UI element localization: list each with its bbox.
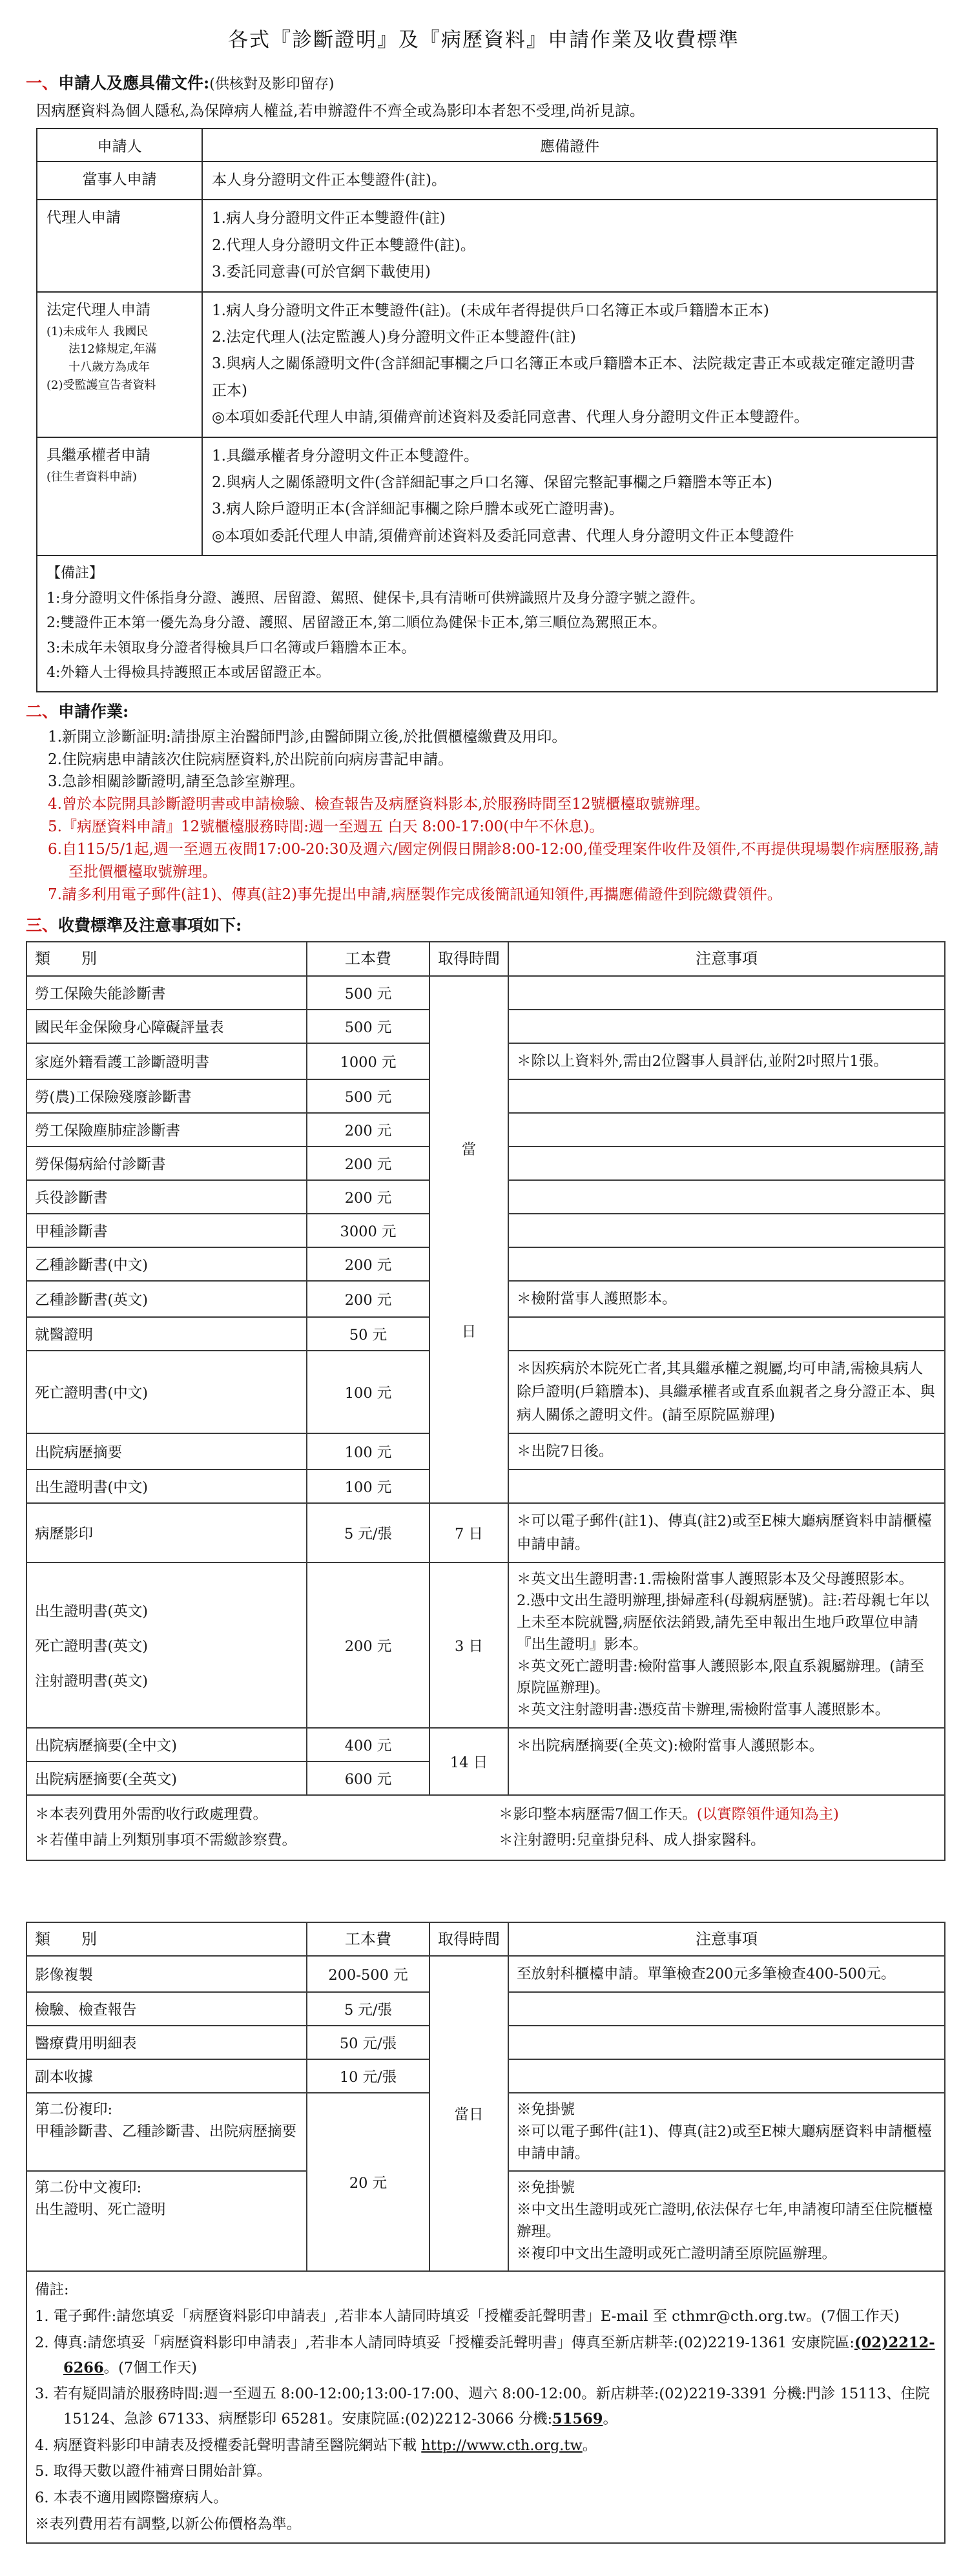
footnote-line: ＊注射證明:兒童掛兒科、成人掛家醫科。 [499,1827,936,1854]
fee-note [508,1214,945,1247]
fee-note-group: ※免掛號 ※中文出生證明或死亡證明,依法保存七年,申請複印請至住院櫃檯辦理。 ※… [508,2171,945,2271]
section2-number: 二、 [26,702,58,721]
procedure-item-red: 5.『病歷資料申請』12號櫃檯服務時間:週一至週五 白天 8:00-17:00(… [48,816,942,838]
fee-note-line: ＊英文注射證明書:憑疫苗卡辦理,需檢附當事人護照影本。 [517,1699,936,1721]
endnote-item: 1. 電子郵件:請您填妥「病歷資料影印申請表」,若非本人請同時填妥「授權委託聲明… [35,2304,936,2329]
footnote-line: ＊若僅申請上列類別事項不需繳診察費。 [35,1827,473,1854]
fee-table-1: 類 別 工本費 取得時間 注意事項 勞工保險失能診斷書 500 元 當 日 國民… [26,941,945,1861]
table-row: 代理人申請 1.病人身分證明文件正本雙證件(註) 2.代理人身分證明文件正本雙證… [37,200,937,291]
fee-header: 工本費 [307,942,429,975]
fee-category-line: 第二份中文複印: [35,2177,298,2199]
fee-table-footnote-row: ＊本表列費用外需酌收行政處理費。 ＊若僅申請上列類別事項不需繳診察費。 ＊影印整… [26,1795,945,1860]
note-line: 1:身分證明文件係指身分證、護照、居留證、駕照、健保卡,具有清晰可供辨識照片及身… [46,587,927,612]
fee-note: ＊檢附當事人護照影本。 [508,1281,945,1317]
category-header: 類 別 [26,942,307,975]
fee-category: 甲種診斷書 [26,1214,307,1247]
table-note-row: 【備註】 1:身分證明文件係指身分證、護照、居留證、駕照、健保卡,具有清晰可供辨… [37,556,937,692]
fee-note [508,1180,945,1214]
fee-amount: 10 元/張 [307,2059,429,2093]
fee-category: 注射證明書(英文) [35,1670,298,1690]
footnotes-right: ＊影印整本病歷需7個工作天。(以實際領件通知為主) ＊注射證明:兒童掛兒科、成人… [499,1802,936,1854]
fee-category: 病歷影印 [26,1503,307,1563]
fee-category: 兵役診斷書 [26,1180,307,1214]
fee-note [508,1010,945,1043]
subnote-line: (2)受監護宣告者資料 [46,377,192,395]
doc-line: 本人身分證明文件正本雙證件(註)。 [212,167,927,194]
fee-category: 醫療費用明細表 [26,2026,307,2059]
fee-row: 出院病歷摘要(全中文) 400 元 14 日 ＊出院病歷摘要(全英文):檢附當事… [26,1728,945,1761]
doc-line: 2.法定代理人(法定監護人)身分證明文件正本雙證件(註) [212,324,927,351]
fee-table-footnotes: ＊本表列費用外需酌收行政處理費。 ＊若僅申請上列類別事項不需繳診察費。 ＊影印整… [26,1795,945,1860]
section2-list: 1.新開立診斷証明:請掛原主治醫師門診,由醫師開立後,於批價櫃檯繳費及用印。 2… [48,726,942,907]
fee-note [508,1247,945,1281]
fee-note [508,1147,945,1180]
doc-line: ◎本項如委託代理人申請,須備齊前述資料及委託同意書、代理人身分證明文件正本雙證件 [212,523,927,550]
fee-category-group: 第二份複印: 甲種診斷書、乙種診斷書、出院病歷摘要 [26,2093,307,2171]
fee-note-line: 2.憑中文出生證明辦理,掛婦產科(母親病歷號)。註:若母親七年以上未至本院就醫,… [517,1590,936,1656]
fee-note [508,1079,945,1113]
doc-line: 3.與病人之關係證明文件(含詳細記事欄之戶口名簿正本或戶籍謄本正本、法院裁定書正… [212,351,927,404]
fee-amount: 200 元 [307,1147,429,1180]
fee-note [508,2059,945,2093]
fee-amount: 600 元 [307,1761,429,1795]
fee-category-group: 出生證明書(英文) 死亡證明書(英文) 注射證明書(英文) [26,1563,307,1728]
docs-col-header: 應備證件 [202,129,937,161]
fee-note [508,976,945,1010]
doc-line: 3.委託同意書(可於官網下載使用) [212,259,927,286]
endnote-text: 。(7個工作天) [104,2360,197,2376]
section3-number: 三、 [26,916,58,935]
applicant-name: 具繼承權者申請 (往生者資料申請) [37,437,202,556]
fee-amount: 200-500 元 [307,1956,429,1992]
fee-amount: 100 元 [307,1351,429,1433]
fee-amount: 200 元 [307,1563,429,1728]
fee-category: 副本收據 [26,2059,307,2093]
fee-header: 工本費 [307,1922,429,1956]
fee-category-group: 第二份中文複印: 出生證明、死亡證明 [26,2171,307,2271]
fee-amount: 5 元/張 [307,1992,429,2026]
footnote-text: ＊影印整本病歷需7個工作天。 [499,1806,697,1823]
applicant-subnote: (往生者資料申請) [46,468,192,486]
acquire-time: 7 日 [429,1503,508,1563]
time-char: 日 [462,1320,477,1341]
fee-category: 出生證明書(中文) [26,1470,307,1503]
fee-note-line: ※免掛號 [517,2099,936,2121]
fee-note-line: ※中文出生證明或死亡證明,依法保存七年,申請複印請至住院櫃檯辦理。 [517,2199,936,2243]
fee-note: ＊除以上資料外,需由2位醫事人員評估,並附2吋照片1張。 [508,1043,945,1079]
fee-table-2: 類 別 工本費 取得時間 注意事項 影像複製 200-500 元 當日 至放射科… [26,1922,945,2544]
fee-amount: 50 元 [307,1317,429,1351]
fee-category-line: 第二份複印: [35,2099,298,2121]
note-line: 3:未成年未領取身分證者得檢具戶口名簿或戶籍謄本正本。 [46,636,927,661]
applicant-table-notes: 【備註】 1:身分證明文件係指身分證、護照、居留證、駕照、健保卡,具有清晰可供辨… [37,556,937,692]
fee-category: 影像複製 [26,1956,307,1992]
acquire-time: 3 日 [429,1563,508,1728]
fee-note-line: ※可以電子郵件(註1)、傳真(註2)或至E棟大廳病歷資料申請櫃檯申請申請。 [517,2121,936,2165]
applicant-name-text: 法定代理人申請 [46,298,192,319]
subnote-line: (1)未成年人 我國民 [46,323,192,341]
fee-category: 就醫證明 [26,1317,307,1351]
fee-category-line: 出生證明、死亡證明 [35,2199,298,2221]
table-row: 法定代理人申請 (1)未成年人 我國民 法12條規定,年滿 十八歲方為成年 (2… [37,292,937,437]
doc-line: 1.病人身分證明文件正本雙證件(註) [212,205,927,232]
notes-header: 注意事項 [508,942,945,975]
fee-note-group: ＊英文出生證明書:1.需檢附當事人護照影本及父母護照影本。 2.憑中文出生證明辦… [508,1563,945,1728]
time-header: 取得時間 [429,942,508,975]
fee-note [508,1992,945,2026]
section3-title: 收費標準及注意事項如下: [58,916,242,935]
fee-category: 國民年金保險身心障礙評量表 [26,1010,307,1043]
section2-heading: 二、申請作業: [26,699,942,722]
fee-note [508,1470,945,1503]
fee-category: 勞(農)工保險殘廢診斷書 [26,1079,307,1113]
fee-note: ＊因疾病於本院死亡者,其具繼承權之親屬,均可申請,需檢具病人除戶證明(戶籍謄本)… [508,1351,945,1433]
endnote-item: 5. 取得天數以證件補齊日開始計算。 [35,2459,936,2484]
procedure-item-red: 7.請多利用電子郵件(註1)、傳真(註2)事先提出申請,病歷製作完成後簡訊通知領… [48,884,942,906]
fee-note: ＊出院病歷摘要(全英文):檢附當事人護照影本。 [508,1728,945,1795]
applicant-docs: 本人身分證明文件正本雙證件(註)。 [202,161,937,200]
fee-category: 出院病歷摘要 [26,1433,307,1470]
section-gap [26,1861,942,1916]
fee-amount: 5 元/張 [307,1503,429,1563]
fee-note-line: ＊英文出生證明書:1.需檢附當事人護照影本及父母護照影本。 [517,1569,936,1591]
section1-title: 申請人及應具備文件: [58,74,209,92]
procedure-item-red: 6.自115/5/1起,週一至週五夜間17:00-20:30及週六/國定例假日開… [48,838,942,884]
applicant-table-header-row: 申請人 應備證件 [37,129,937,161]
fee-category: 勞工保險塵肺症診斷書 [26,1113,307,1147]
category-header: 類 別 [26,1922,307,1956]
endnote-text: 2. 傳真:請您填妥「病歷資料影印申請表」,若非本人請同時填妥「授權委託聲明書」… [35,2334,854,2351]
fee-category: 出生證明書(英文) [35,1600,298,1621]
doc-line: 2.代理人身分證明文件正本雙證件(註)。 [212,233,927,259]
fee-amount: 200 元 [307,1247,429,1281]
doc-line: 1.具繼承權者身分證明文件正本雙證件。 [212,443,927,470]
fee-category: 乙種診斷書(英文) [26,1281,307,1317]
endnotes-cell: 備註: 1. 電子郵件:請您填妥「病歷資料影印申請表」,若非本人請同時填妥「授權… [26,2271,945,2543]
fee-table-header-row: 類 別 工本費 取得時間 注意事項 [26,942,945,975]
doc-line: 3.病人除戶證明正本(含詳細記事欄之除戶謄本或死亡證明書)。 [212,496,927,523]
fee-amount: 100 元 [307,1470,429,1503]
notes-title: 【備註】 [46,561,927,587]
fee-row: 出生證明書(英文) 死亡證明書(英文) 注射證明書(英文) 200 元 3 日 … [26,1563,945,1728]
doc-line: ◎本項如委託代理人申請,須備齊前述資料及委託同意書、代理人身分證明文件正本雙證件… [212,404,927,431]
fee-category: 勞保傷病給付診斷書 [26,1147,307,1180]
fee-amount: 400 元 [307,1728,429,1761]
endnote-text: 。 [603,2411,617,2427]
note-line: 2:雙證件正本第一優先為身分證、護照、居留證正本,第二順位為健保卡正本,第三順位… [46,611,927,636]
section1-intro: 因病歷資料為個人隱私,為保障病人權益,若申辦證件不齊全或為影印本者恕不受理,尚祈… [36,99,942,120]
footnote-line: ＊本表列費用外需酌收行政處理費。 [35,1802,473,1828]
vertical-time-label: 當 日 [438,1138,500,1341]
fee-amount: 20 元 [307,2093,429,2271]
applicant-subnote: (1)未成年人 我國民 法12條規定,年滿 十八歲方為成年 (2)受監護宣告者資… [46,323,192,395]
footnote-red-text: (以實際領件通知為主) [697,1806,839,1823]
hospital-website-url: http://www.cth.org.tw [421,2437,582,2454]
doc-line: 2.與病人之關係證明文件(含詳細記事之戶口名簿、保留完整記事欄之戶籍謄本等正本) [212,470,927,496]
subnote-line: 法12條規定,年滿 [46,340,192,358]
acquire-time-sameday: 當日 [429,1956,508,2271]
table-row: 當事人申請 本人身分證明文件正本雙證件(註)。 [37,161,937,200]
fee-table-header-row: 類 別 工本費 取得時間 注意事項 [26,1922,945,1956]
fee-amount: 100 元 [307,1433,429,1470]
endnote-item: 6. 本表不適用國際醫療病人。 [35,2486,936,2511]
fee-category: 死亡證明書(英文) [35,1635,298,1656]
acquire-time: 14 日 [429,1728,508,1795]
applicant-name-text: 代理人申請 [46,205,192,227]
endnote-text: 3. 若有疑問請於服務時間:週一至週五 8:00-12:00;13:00-17:… [35,2385,930,2427]
applicant-docs: 1.具繼承權者身分證明文件正本雙證件。 2.與病人之關係證明文件(含詳細記事之戶… [202,437,937,556]
fee-category: 乙種診斷書(中文) [26,1247,307,1281]
section1-suffix: (供核對及影印留存) [209,76,334,92]
fee-amount: 500 元 [307,1010,429,1043]
notes-header: 注意事項 [508,1922,945,1956]
applicant-name: 當事人申請 [37,161,202,200]
fee-category: 死亡證明書(中文) [26,1351,307,1433]
fee-amount: 200 元 [307,1281,429,1317]
fee-row: 病歷影印 5 元/張 7 日 ＊可以電子郵件(註1)、傳真(註2)或至E棟大廳病… [26,1503,945,1563]
fee-category: 出院病歷摘要(全英文) [26,1761,307,1795]
procedure-item: 1.新開立診斷証明:請掛原主治醫師門診,由醫師開立後,於批價櫃檯繳費及用印。 [48,726,942,749]
table-row: 具繼承權者申請 (往生者資料申請) 1.具繼承權者身分證明文件正本雙證件。 2.… [37,437,937,556]
fee-amount: 3000 元 [307,1214,429,1247]
fee-note-line: ※免掛號 [517,2177,936,2199]
applicant-name: 法定代理人申請 (1)未成年人 我國民 法12條規定,年滿 十八歲方為成年 (2… [37,292,202,437]
applicant-docs: 1.病人身分證明文件正本雙證件(註) 2.代理人身分證明文件正本雙證件(註)。 … [202,200,937,291]
applicant-table: 申請人 應備證件 當事人申請 本人身分證明文件正本雙證件(註)。 代理人申請 1… [36,128,938,692]
applicant-col-header: 申請人 [37,129,202,161]
fee-note [508,1317,945,1351]
endnotes-title: 備註: [35,2278,936,2303]
fee-amount: 500 元 [307,1079,429,1113]
endnotes-row: 備註: 1. 電子郵件:請您填妥「病歷資料影印申請表」,若非本人請同時填妥「授權… [26,2271,945,2543]
endnote-text: 4. 病歷資料影印申請表及授權委託聲明書請至醫院網站下載 [35,2437,421,2454]
procedure-item: 2.住院病患申請該次住院病歷資料,於出院前向病房書記申請。 [48,749,942,771]
endnote-item: 4. 病歷資料影印申請表及授權委託聲明書請至醫院網站下載 http://www.… [35,2433,936,2458]
procedure-item: 3.急診相關診斷證明,請至急診室辦理。 [48,771,942,793]
doc-line: 1.病人身分證明文件正本雙證件(註)。(未成年者得提供戶口名簿正本或戶籍謄本正本… [212,298,927,324]
document-title: 各式『診斷證明』及『病歷資料』申請作業及收費標準 [26,23,942,52]
fee-note [508,1113,945,1147]
note-line: 4:外籍人士得檢具持護照正本或居留證正本。 [46,661,927,686]
fee-amount: 500 元 [307,976,429,1010]
endnote-item: ※表列費用若有調整,以新公佈價格為準。 [35,2512,936,2537]
fee-note: ＊出院7日後。 [508,1433,945,1470]
fee-note [508,2026,945,2059]
applicant-docs: 1.病人身分證明文件正本雙證件(註)。(未成年者得提供戶口名簿正本或戶籍謄本正本… [202,292,937,437]
fee-note-line: ※複印中文出生證明或死亡證明請至原院區辦理。 [517,2243,936,2265]
endnote-item: 3. 若有疑問請於服務時間:週一至週五 8:00-12:00;13:00-17:… [35,2382,936,2431]
time-char: 當 [462,1138,477,1159]
fee-amount: 200 元 [307,1180,429,1214]
fee-note: 至放射科櫃檯申請。單筆檢查200元多筆檢查400-500元。 [508,1956,945,1992]
procedure-item-red: 4.曾於本院開具診斷證明書或申請檢驗、檢查報告及病歷資料影本,於服務時間至12號… [48,793,942,816]
phone-extension: 51569 [552,2411,603,2427]
time-header: 取得時間 [429,1922,508,1956]
fee-note-group: ※免掛號 ※可以電子郵件(註1)、傳真(註2)或至E棟大廳病歷資料申請櫃檯申請申… [508,2093,945,2171]
fee-category: 勞工保險失能診斷書 [26,976,307,1010]
fee-category: 出院病歷摘要(全中文) [26,1728,307,1761]
fee-amount: 200 元 [307,1113,429,1147]
section3-heading: 三、收費標準及注意事項如下: [26,913,942,936]
fee-amount: 1000 元 [307,1043,429,1079]
section1-heading: 一、申請人及應具備文件:(供核對及影印留存) [26,70,942,94]
applicant-name-text: 具繼承權者申請 [46,443,192,464]
fee-category-line: 甲種診斷書、乙種診斷書、出院病歷摘要 [35,2121,298,2143]
fee-category: 家庭外籍看護工診斷證明書 [26,1043,307,1079]
section1-number: 一、 [26,74,58,92]
section2-title: 申請作業: [58,702,129,721]
fee-note: ＊可以電子郵件(註1)、傳真(註2)或至E棟大廳病歷資料申請櫃檯申請申請。 [508,1503,945,1563]
endnote-text: 。 [583,2437,597,2454]
fee-note-line: ＊英文死亡證明書:檢附當事人護照影本,限直系親屬辦理。(請至原院區辦理)。 [517,1656,936,1700]
footnote-line: ＊影印整本病歷需7個工作天。(以實際領件通知為主) [499,1802,936,1828]
fee-amount: 50 元/張 [307,2026,429,2059]
subnote-line: 十八歲方為成年 [46,358,192,377]
endnotes-block: 備註: 1. 電子郵件:請您填妥「病歷資料影印申請表」,若非本人請同時填妥「授權… [35,2278,936,2537]
fee-row: 勞工保險失能診斷書 500 元 當 日 [26,976,945,1010]
acquire-time-sameday: 當 日 [429,976,508,1503]
document-page: 各式『診斷證明』及『病歷資料』申請作業及收費標準 一、申請人及應具備文件:(供核… [0,0,961,2576]
fee-row: 影像複製 200-500 元 當日 至放射科櫃檯申請。單筆檢查200元多筆檢查4… [26,1956,945,1992]
fee-category: 檢驗、檢查報告 [26,1992,307,2026]
endnote-item: 2. 傳真:請您填妥「病歷資料影印申請表」,若非本人請同時填妥「授權委託聲明書」… [35,2331,936,2380]
footnotes-left: ＊本表列費用外需酌收行政處理費。 ＊若僅申請上列類別事項不需繳診察費。 [35,1802,473,1854]
applicant-name: 代理人申請 [37,200,202,291]
